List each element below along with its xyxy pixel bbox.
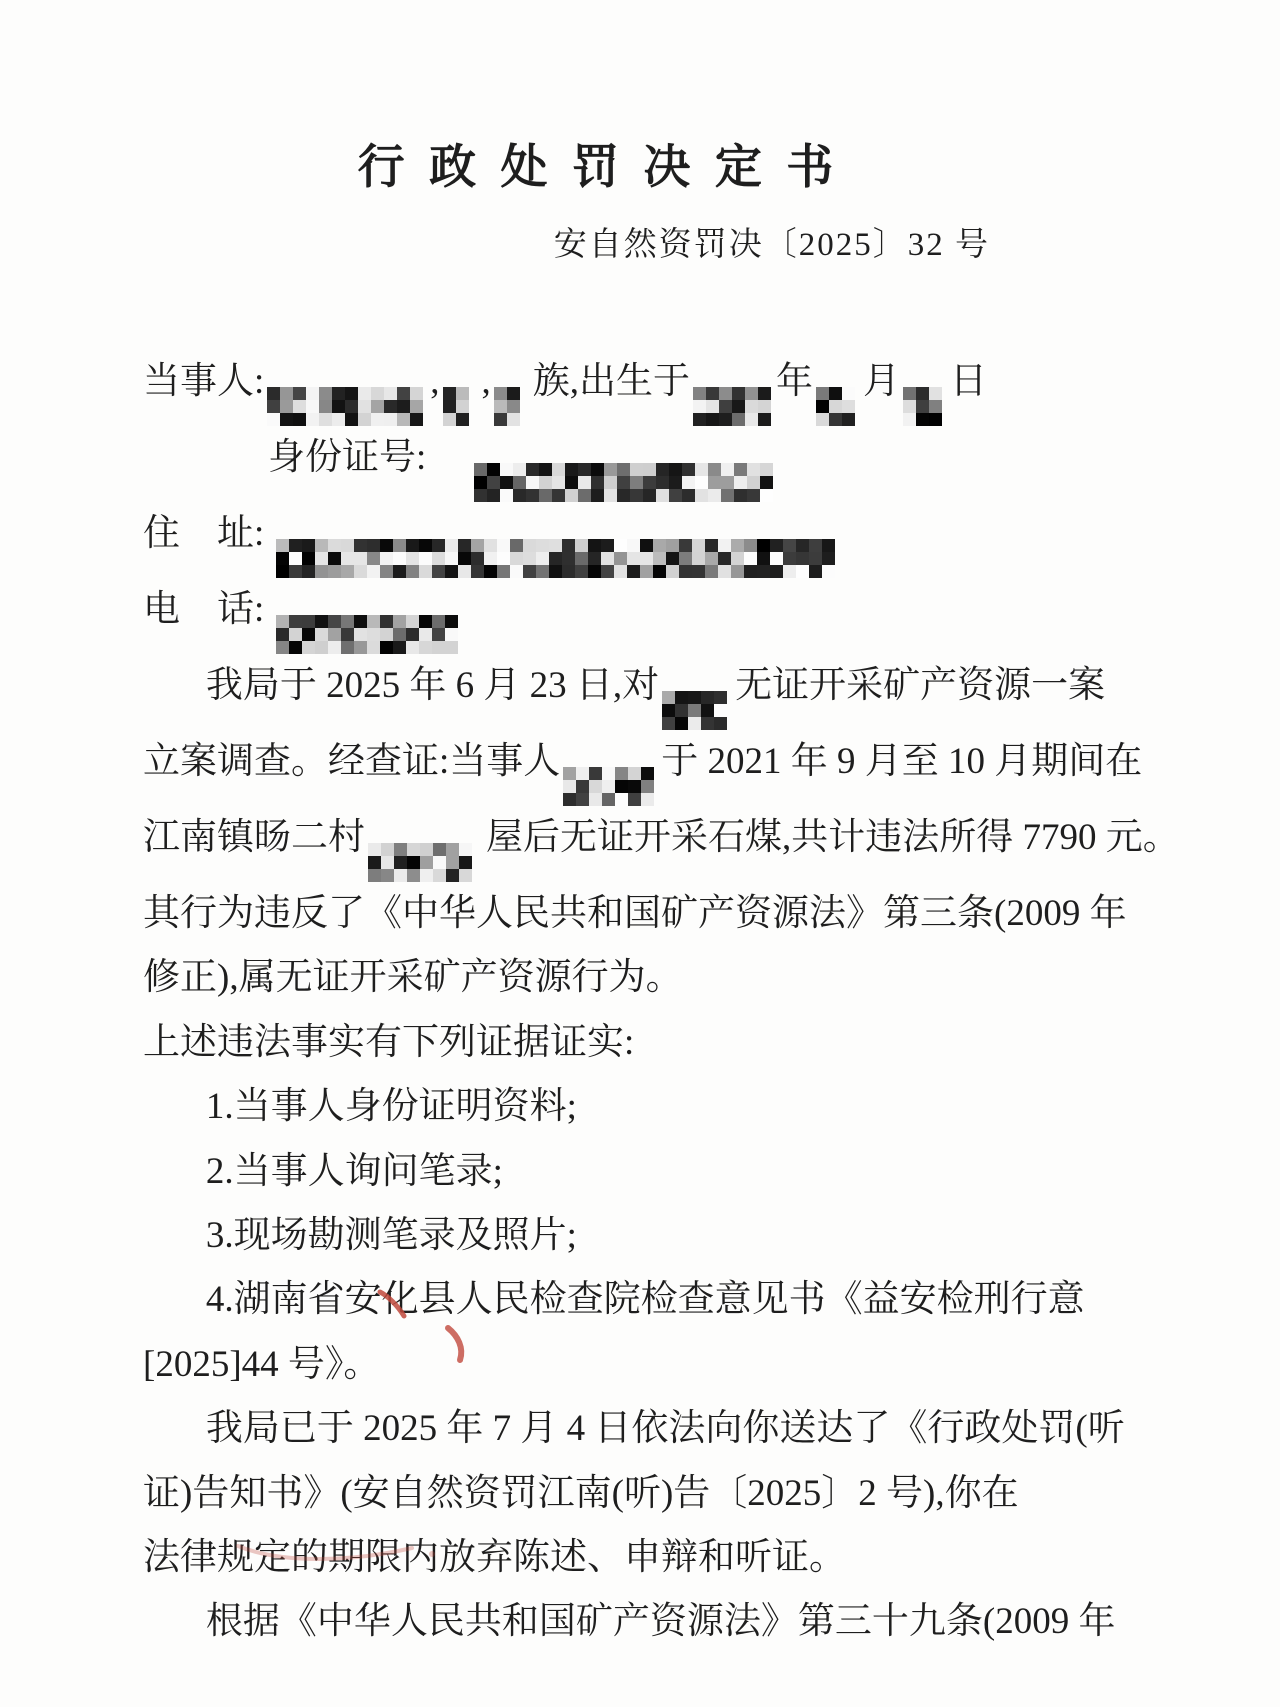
evidence-item-4-continued: [2025]44 号》。 <box>143 1333 1048 1397</box>
body-line-2: 立案调查。经查证:当事人于 2021 年 9 月至 10 月期间在 <box>143 730 1048 806</box>
redacted-birth-month <box>816 387 860 426</box>
evidence-item-2: 2.当事人询问笔录; <box>143 1140 1048 1204</box>
id-label: 身份证号: <box>268 437 426 478</box>
legal-basis-line: 根据《中华人民共和国矿产资源法》第三十九条(2009 年 <box>143 1590 1048 1654</box>
redacted-place <box>368 843 483 882</box>
evidence-item-3: 3.现场勘测笔录及照片; <box>143 1204 1048 1268</box>
text-segment: 我局于 2025 年 6 月 23 日,对 <box>206 665 659 706</box>
address-label: 住 址: <box>143 513 264 554</box>
notice-line-3: 法律规定的期限内放弃陈述、申辩和听证。 <box>143 1526 1048 1590</box>
text-segment: 立案调查。经查证:当事人 <box>143 741 560 782</box>
redacted-ethnicity <box>494 387 530 426</box>
text-segment: 月 <box>863 361 900 402</box>
body-line-1: 我局于 2025 年 6 月 23 日,对无证开采矿产资源一案 <box>143 654 1048 730</box>
party-line: 当事人:,,族,出生于年月日 <box>143 350 1048 426</box>
document-body: 当事人:,,族,出生于年月日 身份证号: 住 址: 电 话: 我局于 2025 … <box>143 350 1048 1655</box>
body-line-5: 修正),属无证开采矿产资源行为。 <box>143 946 1048 1010</box>
redacted-address <box>276 539 836 578</box>
redacted-name <box>267 387 427 426</box>
phone-line: 电 话: <box>143 578 1048 654</box>
body-line-3: 江南镇旸二村屋后无证开采石煤,共计违法所得 7790 元。 <box>143 806 1048 882</box>
redacted-name-inline <box>563 767 658 806</box>
document-number: 安自然资罚决〔2025〕32 号 <box>143 224 1048 266</box>
text-segment: 屋后无证开采石煤,共计违法所得 7790 元。 <box>486 817 1180 858</box>
text-segment: 年 <box>776 361 813 402</box>
redacted-birth-day <box>903 387 947 426</box>
notice-line-2: 证)告知书》(安自然资罚江南(听)告〔2025〕2 号),你在 <box>143 1462 1048 1526</box>
address-line: 住 址: <box>143 502 1048 578</box>
text-segment: 日 <box>950 361 987 402</box>
body-line-4: 其行为违反了《中华人民共和国矿产资源法》第三条(2009 年 <box>143 882 1048 946</box>
scanned-document-page: 行政处罚决定书 安自然资罚决〔2025〕32 号 当事人:,,族,出生于年月日 … <box>0 0 1280 1707</box>
text-segment: 族,出生于 <box>533 361 690 402</box>
redacted-gender <box>443 387 479 426</box>
phone-label: 电 话: <box>143 589 264 630</box>
notice-line-1: 我局已于 2025 年 7 月 4 日依法向你送达了《行政处罚(听 <box>143 1397 1048 1461</box>
id-number-line: 身份证号: <box>143 426 1048 502</box>
text-segment: , <box>482 361 491 402</box>
redacted-birth-year <box>693 387 773 426</box>
redacted-name-inline <box>662 691 732 730</box>
text-segment: , <box>430 361 439 402</box>
text-segment: 无证开采矿产资源一案 <box>735 665 1105 706</box>
evidence-item-4: 4.湖南省安化县人民检查院检查意见书《益安检刑行意 <box>143 1268 1048 1332</box>
redacted-id-number <box>474 463 774 502</box>
evidence-item-1: 1.当事人身份证明资料; <box>143 1075 1048 1139</box>
redacted-phone <box>276 615 466 654</box>
text-segment: 江南镇旸二村 <box>143 817 365 858</box>
text-segment: 于 2021 年 9 月至 10 月期间在 <box>661 741 1142 782</box>
evidence-intro-line: 上述违法事实有下列证据证实: <box>143 1011 1048 1075</box>
document-title: 行政处罚决定书 <box>143 0 1048 198</box>
party-label: 当事人: <box>143 361 264 402</box>
